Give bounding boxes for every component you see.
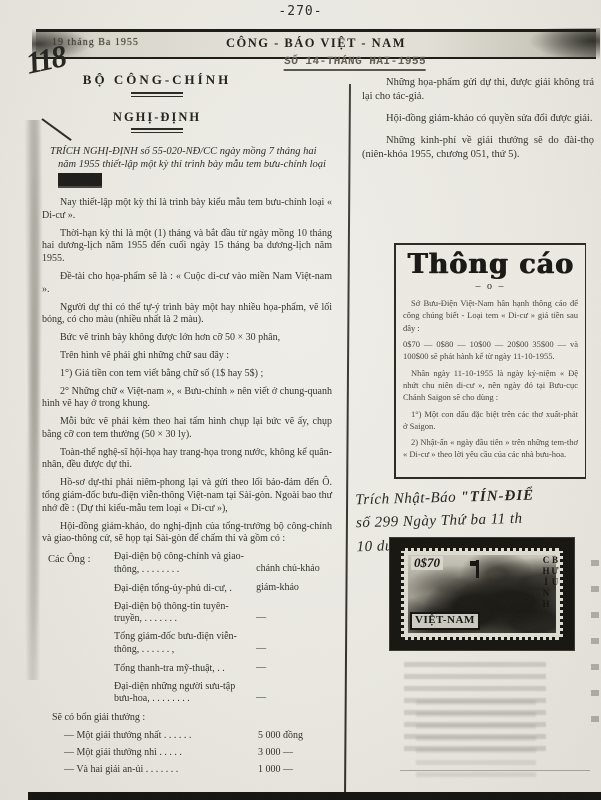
bleed-through-rule <box>400 770 590 771</box>
body-paragraph: Thời-hạn kỳ thi là một (1) tháng và bắt … <box>42 228 332 266</box>
jury-entry-role: chánh chủ-khảo <box>250 563 332 577</box>
body-paragraph: 2° Những chữ « Việt-nam », « Bưu-chính »… <box>42 386 332 412</box>
body-paragraph: Trên hình vẽ phải ghi những chữ sau đây … <box>42 350 332 363</box>
issue-stamp-line: SỐ 14-THÁNG HAI-1955 <box>284 56 427 71</box>
notice-paragraph: 0$70 — 0$80 — 10$00 — 20$00 35$00 — và 1… <box>403 338 578 363</box>
body-paragraph: Hội-đồng giám-khảo, do nghị-định của tổn… <box>42 521 332 547</box>
stamp-country-name: VIỆT-NAM <box>410 612 480 630</box>
jury-entry-role: — <box>250 643 332 657</box>
jury-entry: Đại-diện tổng-ủy-phủ di-cư, . giám-khảo <box>114 582 332 596</box>
jury-entry-text: Tổng giám-đốc bưu-điện viễn-thông, . . .… <box>114 631 250 657</box>
gazette-scan-page: -270- 19 tháng Ba 1955 CÔNG - BÁO VIỆT -… <box>0 0 601 800</box>
jury-entry: Tổng thanh-tra mỹ-thuật, . . — <box>114 662 332 676</box>
jury-entry: Đại-diện bộ công-chính và giao-thông, . … <box>114 551 332 577</box>
body-paragraph: Những họa-phẩm gửi dự thi, được giải khô… <box>362 76 594 104</box>
double-rule <box>131 128 183 133</box>
postage-stamp: 0$70 VIỆT-NAM BƯU CHÍNH <box>401 548 563 640</box>
prize-label: — Một giải thưởng nhất . . . . . . <box>64 730 258 743</box>
prize-row: — Một giải thưởng nhì . . . . . 3 000 — <box>64 747 332 760</box>
jury-list-label: Các Ông : <box>48 553 91 566</box>
decree-extract-lead: TRÍCH NGHỊ-ĐỊNH số 55-020-NĐ/CC ngày mồn… <box>42 145 332 185</box>
jury-entry-text: Đại-diện tổng-ủy-phủ di-cư, . <box>114 583 250 596</box>
jury-entry-text: Đại-diện bộ thông-tin tuyên-truyền, . . … <box>114 601 250 627</box>
body-paragraph: Nay thiết-lập một kỳ thi là trình bày ki… <box>42 197 332 223</box>
scan-bottom-edge-bar <box>28 792 601 800</box>
page-number: -270- <box>0 4 601 19</box>
decree-extract-text: TRÍCH NGHỊ-ĐỊNH số 55-020-NĐ/CC ngày mồn… <box>50 146 326 170</box>
column-divider-rule <box>344 84 350 792</box>
masthead-band: 19 tháng Ba 1955 CÔNG - BÁO VIỆT - NAM <box>36 29 596 59</box>
prize-label: — Một giải thưởng nhì . . . . . <box>64 747 258 760</box>
jury-entry-text: Đại-diện những người sưu-tập bưu-hoa, . … <box>114 681 250 707</box>
body-paragraph: Toàn-thể nghệ-sĩ hội-họa hay trang-họa t… <box>42 447 332 473</box>
body-paragraph: Những kinh-phí về giải thưởng sẽ do đài-… <box>362 134 594 162</box>
flag-bearer-figure-icon <box>476 560 479 578</box>
handwritten-newspaper-title: "TÍN-ĐIỂ <box>460 488 534 506</box>
right-column: Những họa-phẩm gửi dự thi, được giải khô… <box>362 76 594 170</box>
notice-paragraph: Nhân ngày 11-10-1955 là ngày kỷ-niệm « Đ… <box>403 367 578 404</box>
jury-entry-text: Đại-diện bộ công-chính và giao-thông, . … <box>114 551 250 577</box>
body-paragraph: 1°) Giá tiền con tem viết bằng chữ số (1… <box>42 368 332 381</box>
handwritten-lead: Trích Nhật-Báo <box>355 489 460 508</box>
body-paragraph: Người dự thi có thể tự-ý trình bày một h… <box>42 302 332 328</box>
body-paragraph: Bức vẽ trình bày không được lớn hơn cỡ 5… <box>42 332 332 345</box>
jury-entry: Tổng giám-đốc bưu-điện viễn-thông, . . .… <box>114 631 332 657</box>
jury-entry-role: — <box>250 612 332 626</box>
notice-body: Sở Bưu-Điện Việt-Nam hân hạnh thông cáo … <box>403 297 578 461</box>
notice-divider-ornament: – o – <box>403 281 578 292</box>
bleed-through-text-ghost <box>416 700 536 778</box>
right-edge-scan-specks <box>591 560 599 740</box>
masthead-title: CÔNG - BÁO VIỆT - NAM <box>36 36 596 51</box>
notice-paragraph: 2) Nhật-ấn « ngày đầu tiên » trên những … <box>403 436 578 461</box>
jury-entry-role: — <box>250 692 332 706</box>
notice-paragraph: 1°) Một con dấu đặc biệt trên các thơ xu… <box>403 408 578 433</box>
prize-label: — Và hai giải an-ủi . . . . . . . <box>64 764 258 777</box>
decree-heading: NGHỊ-ĐỊNH <box>42 109 272 125</box>
ministry-name: BỘ CÔNG-CHÍNH <box>42 72 272 89</box>
ministry-heading-block: BỘ CÔNG-CHÍNH <box>42 72 272 97</box>
stamp-service-name: BƯU CHÍNH <box>541 555 559 637</box>
decree-heading-block: NGHỊ-ĐỊNH <box>42 109 272 133</box>
press-notice-clipping: Thông cáo – o – Sở Bưu-Điện Việt-Nam hân… <box>394 243 586 479</box>
body-paragraph: Hồ-sơ dự-thi phải niêm-phong lại và gửi … <box>42 477 332 515</box>
jury-entry-text: Tổng thanh-tra mỹ-thuật, . . <box>114 663 250 676</box>
prize-amount: 3 000 — <box>258 747 332 760</box>
prize-row: — Và hai giải an-ủi . . . . . . . 1 000 … <box>64 764 332 777</box>
body-paragraph: Đề-tài cho họa-phẩm sẽ là : « Cuộc di-cư… <box>42 271 332 297</box>
stamp-denomination: 0$70 <box>411 556 443 570</box>
double-rule <box>131 92 183 97</box>
jury-entry: Đại-diện những người sưu-tập bưu-hoa, . … <box>114 681 332 707</box>
prize-amount: 5 000 đồng <box>258 730 332 743</box>
stamp-photo-frame: 0$70 VIỆT-NAM BƯU CHÍNH <box>390 538 574 650</box>
prizes-intro: Sẽ có bốn giải thưởng : <box>42 712 332 725</box>
jury-entry-role: giám-khảo <box>250 582 332 596</box>
redacted-term: « Di-cư » <box>58 173 102 184</box>
jury-entry-role: — <box>250 662 332 676</box>
body-paragraph: Mỗi bức vẽ phải kèm theo hai tấm hình ch… <box>42 416 332 442</box>
prize-amount: 1 000 — <box>258 764 332 777</box>
jury-list: Các Ông : Đại-diện bộ công-chính và giao… <box>42 551 332 706</box>
body-paragraph: Hội-đồng giám-khảo có quyền sửa đổi được… <box>362 112 594 126</box>
jury-entry: Đại-diện bộ thông-tin tuyên-truyền, . . … <box>114 601 332 627</box>
notice-paragraph: Sở Bưu-Điện Việt-Nam hân hạnh thông cáo … <box>403 297 578 334</box>
left-column: BỘ CÔNG-CHÍNH NGHỊ-ĐỊNH TRÍCH NGHỊ-ĐỊNH … <box>42 72 332 780</box>
notice-masthead: Thông cáo <box>403 251 578 278</box>
prize-row: — Một giải thưởng nhất . . . . . . 5 000… <box>64 730 332 743</box>
